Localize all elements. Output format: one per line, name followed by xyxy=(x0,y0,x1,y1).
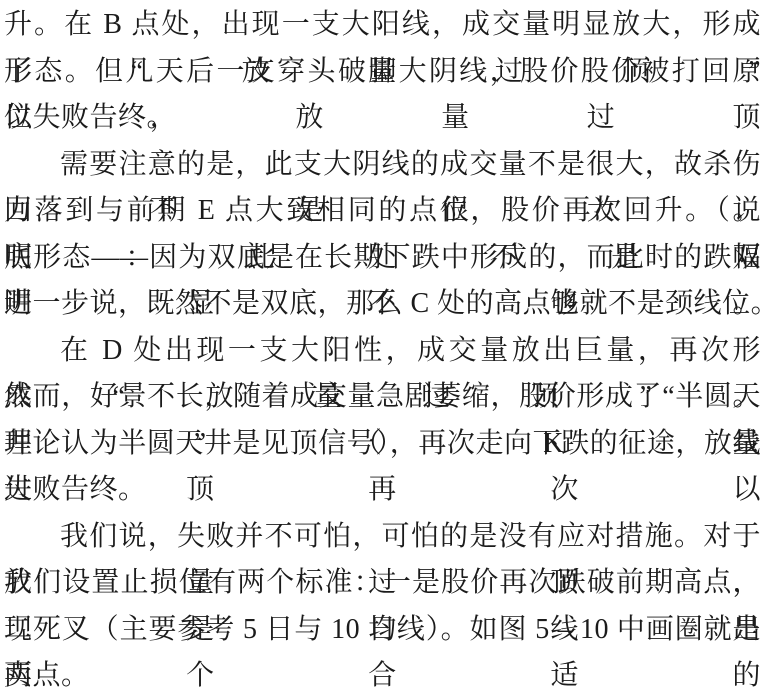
text-line: 然而，好景不长，随着成交量急剧萎缩，股价形成了“半圆天井”（K 线 xyxy=(4,374,761,421)
text-line: 我们设置止损位有两个标准：一是股价再次跌破前期高点，二是均线出 xyxy=(4,560,761,607)
text-line: 现死叉（主要参考 5 日与 10 日线）。如图 5 – 10 中画圈就是两个合适… xyxy=(4,607,761,654)
document-page: 升。在 B 点处，出现一支大阳线，成交量明显放大，形成了“放量过顶”形态。但几天… xyxy=(0,0,765,695)
text-line: 形态。但几天后一支穿头破脚大阴线，股价股价被打回原位，放量过顶 xyxy=(4,49,761,96)
text-line: 理论认为半圆天井是见顶信号），再次走向下跌的征途，放量过顶再次以 xyxy=(4,421,761,468)
text-line: 需要注意的是，此支大阴线的成交量不是很大，故杀伤力不是很大。 xyxy=(4,142,761,189)
body-text: 升。在 B 点处，出现一支大阳线，成交量明显放大，形成了“放量过顶”形态。但几天… xyxy=(4,2,761,695)
text-line: 升。在 B 点处，出现一支大阳线，成交量明显放大，形成了“放量过顶” xyxy=(4,2,761,49)
text-line: 进一步说，既然不是双底，那么 C 处的高点也就不是颈线位。） xyxy=(4,281,761,328)
text-line: 底形态——因为双底是在长期下跌中形成的，而此时的跌幅明显不够。 xyxy=(4,235,761,282)
text-line: 在 D 处出现一支大阳性，成交量放出巨量，再次形成“放量过顶”。 xyxy=(4,328,761,375)
text-line: 我们说，失败并不可怕，可怕的是没有应对措施。对于放量过顶， xyxy=(4,514,761,561)
text-line: 回落到与前期 E 点大致相同的点位，股价再次回升。（说明：此处不是双 xyxy=(4,188,761,235)
